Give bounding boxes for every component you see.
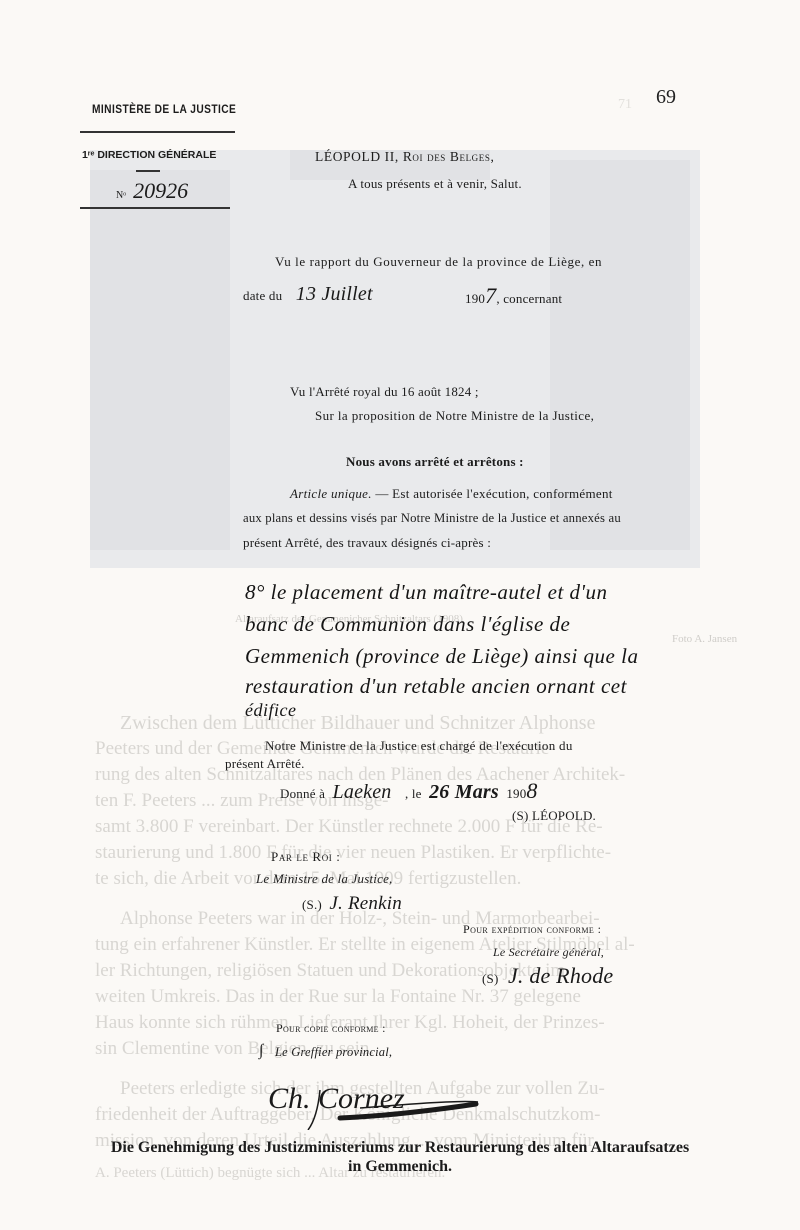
handwritten-line: 8° le placement d'un maître-autel et d'u… bbox=[245, 580, 608, 605]
par-le-roi: Par le Roi : bbox=[271, 849, 340, 865]
place-handwritten: Laeken bbox=[333, 781, 392, 803]
direction-label: 1ʳᵉ DIRECTION GÉNÉRALE bbox=[82, 149, 216, 161]
year-prefix: 190 bbox=[465, 291, 485, 306]
date-signed-handwritten: 26 Mars bbox=[429, 781, 499, 803]
date-handwritten: 13 Juillet bbox=[296, 283, 373, 305]
year-handwritten: 7 bbox=[485, 283, 496, 308]
bleed-line: staurierung und 1.800 F für die vier neu… bbox=[95, 840, 611, 866]
ministry-header: MINISTÈRE DE LA JUSTICE bbox=[92, 102, 236, 116]
king-name: LÉOPOLD II, bbox=[315, 149, 403, 164]
numero-field: Nᵒ 20926 bbox=[116, 178, 188, 204]
article-line-2: aux plans et dessins visés par Notre Min… bbox=[243, 511, 621, 526]
short-rule bbox=[136, 170, 160, 172]
greffier-title: Le Greffier provincial, bbox=[275, 1045, 392, 1060]
figure-caption-line-2: in Gemmenich. bbox=[0, 1158, 800, 1176]
ministre-title: Le Ministre de la Justice, bbox=[256, 871, 393, 887]
king-signature: (S) LÉOPOLD. bbox=[512, 808, 596, 824]
ministre-signature: (S.) J. Renkin bbox=[302, 893, 402, 915]
article-line-1: Article unique. — Est autorisée l'exécut… bbox=[290, 486, 613, 502]
year-handwritten: 8 bbox=[526, 778, 537, 803]
numero-prefix: Nᵒ bbox=[116, 190, 126, 201]
ministre-prefix: (S.) bbox=[302, 897, 322, 912]
king-title: LÉOPOLD II, Roi des Belges, bbox=[315, 149, 494, 165]
figure-caption-line-1: Die Genehmigung des Justizministeriums z… bbox=[0, 1139, 800, 1157]
date-du-line: date du 13 Juillet bbox=[243, 283, 373, 306]
handwritten-line: édifice bbox=[245, 700, 296, 721]
background-photo-bleed bbox=[90, 150, 700, 568]
year-line: 1907, concernant bbox=[465, 283, 562, 309]
numero-handwritten: 20926 bbox=[133, 178, 188, 203]
le-label: , le bbox=[405, 786, 422, 801]
date-du-label: date du bbox=[243, 288, 282, 303]
page-number: 69 bbox=[656, 86, 676, 109]
secretaire-sig-handwritten: J. de Rhode bbox=[508, 963, 613, 988]
execution-line-1: Notre Ministre de la Justice est chargé … bbox=[265, 738, 573, 754]
secretaire-title: Le Secrétaire général, bbox=[493, 945, 604, 960]
pour-copie: Pour copie conforme : bbox=[276, 1021, 386, 1036]
bleed-line: Zwischen dem Lütticher Bildhauer und Sch… bbox=[120, 710, 595, 736]
nous-avons-heading: Nous avons arrêté et arrêtons : bbox=[346, 454, 524, 470]
ministre-sig-handwritten: J. Renkin bbox=[329, 893, 401, 914]
article-text: — Est autorisée l'exécution, conformémen… bbox=[372, 486, 613, 501]
salutation: A tous présents et à venir, Salut. bbox=[348, 176, 522, 192]
king-signature-text: (S) LÉOPOLD. bbox=[512, 808, 596, 823]
donne-label: Donné à bbox=[280, 786, 325, 801]
handwritten-line: banc de Communion dans l'église de bbox=[245, 612, 570, 637]
bleed-photo-credit: Foto A. Jansen bbox=[672, 626, 737, 652]
signature-flourish-icon bbox=[300, 1090, 480, 1130]
ghost-page-number: 71 bbox=[618, 97, 632, 113]
article-line-3: présent Arrêté, des travaux désignés ci-… bbox=[243, 535, 491, 551]
bracket-mark-icon: ∫ bbox=[259, 1042, 263, 1060]
header-rule bbox=[80, 131, 235, 133]
article-label: Article unique. bbox=[290, 486, 372, 501]
pour-expedition: Pour expédition conforme : bbox=[463, 922, 601, 937]
secretaire-prefix: (S) bbox=[482, 971, 499, 986]
handwritten-line: restauration d'un retable ancien ornant … bbox=[245, 674, 627, 699]
concernant: , concernant bbox=[496, 291, 562, 306]
secretaire-signature: (S) J. de Rhode bbox=[482, 963, 613, 989]
vu-rapport: Vu le rapport du Gouverneur de la provin… bbox=[275, 254, 602, 270]
king-realm: Roi des Belges, bbox=[403, 149, 495, 164]
donne-line: Donné à Laeken , le 26 Mars 1908 bbox=[280, 778, 538, 804]
handwritten-line: Gemmenich (province de Liège) ainsi que … bbox=[245, 644, 638, 669]
numero-rule bbox=[80, 207, 230, 209]
vu-arrete: Vu l'Arrêté royal du 16 août 1824 ; bbox=[290, 384, 479, 400]
year-prefix: 190 bbox=[506, 786, 526, 801]
execution-line-2: présent Arrêté. bbox=[225, 756, 305, 772]
sur-proposition: Sur la proposition de Notre Ministre de … bbox=[315, 408, 594, 424]
